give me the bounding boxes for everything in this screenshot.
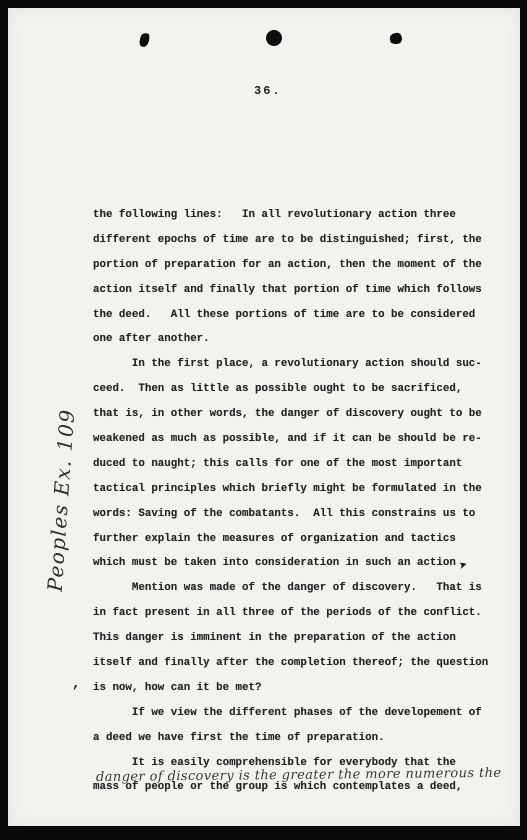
typed-line: ceed. Then as little as possible ought t… — [93, 377, 493, 402]
exhibit-annotation: Peoples Ex. 109 — [41, 384, 81, 615]
ink-dot-icon — [138, 32, 150, 48]
scanned-page-frame: 36. Peoples Ex. 109 the following lines:… — [0, 0, 527, 840]
typed-line: Mention was made of the danger of discov… — [93, 576, 493, 601]
typed-line: a deed we have first the time of prepara… — [93, 726, 493, 751]
typed-text-block: the following lines: In all revolutionar… — [93, 203, 493, 800]
typed-line: itself and finally after the completion … — [93, 651, 493, 676]
typed-line: is now, how can it be met? — [93, 676, 493, 701]
typed-line: different epochs of time are to be disti… — [93, 228, 493, 253]
typed-line: duced to naught; this calls for one of t… — [93, 452, 493, 477]
typed-line: the deed. All these portions of time are… — [93, 303, 493, 328]
typed-line: words: Saving of the combatants. All thi… — [93, 502, 493, 527]
typed-line: the following lines: In all revolutionar… — [93, 203, 493, 228]
typed-line: weakened as much as possible, and if it … — [93, 427, 493, 452]
hole-punch-dot-icon — [266, 30, 282, 46]
paper-sheet: 36. Peoples Ex. 109 the following lines:… — [8, 8, 520, 826]
ink-dot-icon — [389, 32, 403, 45]
typed-line: which must be taken into consideration i… — [93, 551, 493, 576]
typed-line: If we view the different phases of the d… — [93, 701, 493, 726]
typed-line: action itself and finally that portion o… — [93, 278, 493, 303]
typed-line: further explain the measures of organiza… — [93, 527, 493, 552]
typed-line: that is, in other words, the danger of d… — [93, 402, 493, 427]
typed-line: tactical principles which briefly might … — [93, 477, 493, 502]
margin-comma-mark: , — [72, 676, 80, 692]
page-number: 36. — [254, 84, 282, 98]
typed-line: In the first place, a revolutionary acti… — [93, 352, 493, 377]
typed-line: in fact present in all three of the peri… — [93, 601, 493, 626]
typed-line: portion of preparation for an action, th… — [93, 253, 493, 278]
typed-line: This danger is imminent in the preparati… — [93, 626, 493, 651]
typed-line: one after another. — [93, 327, 493, 352]
